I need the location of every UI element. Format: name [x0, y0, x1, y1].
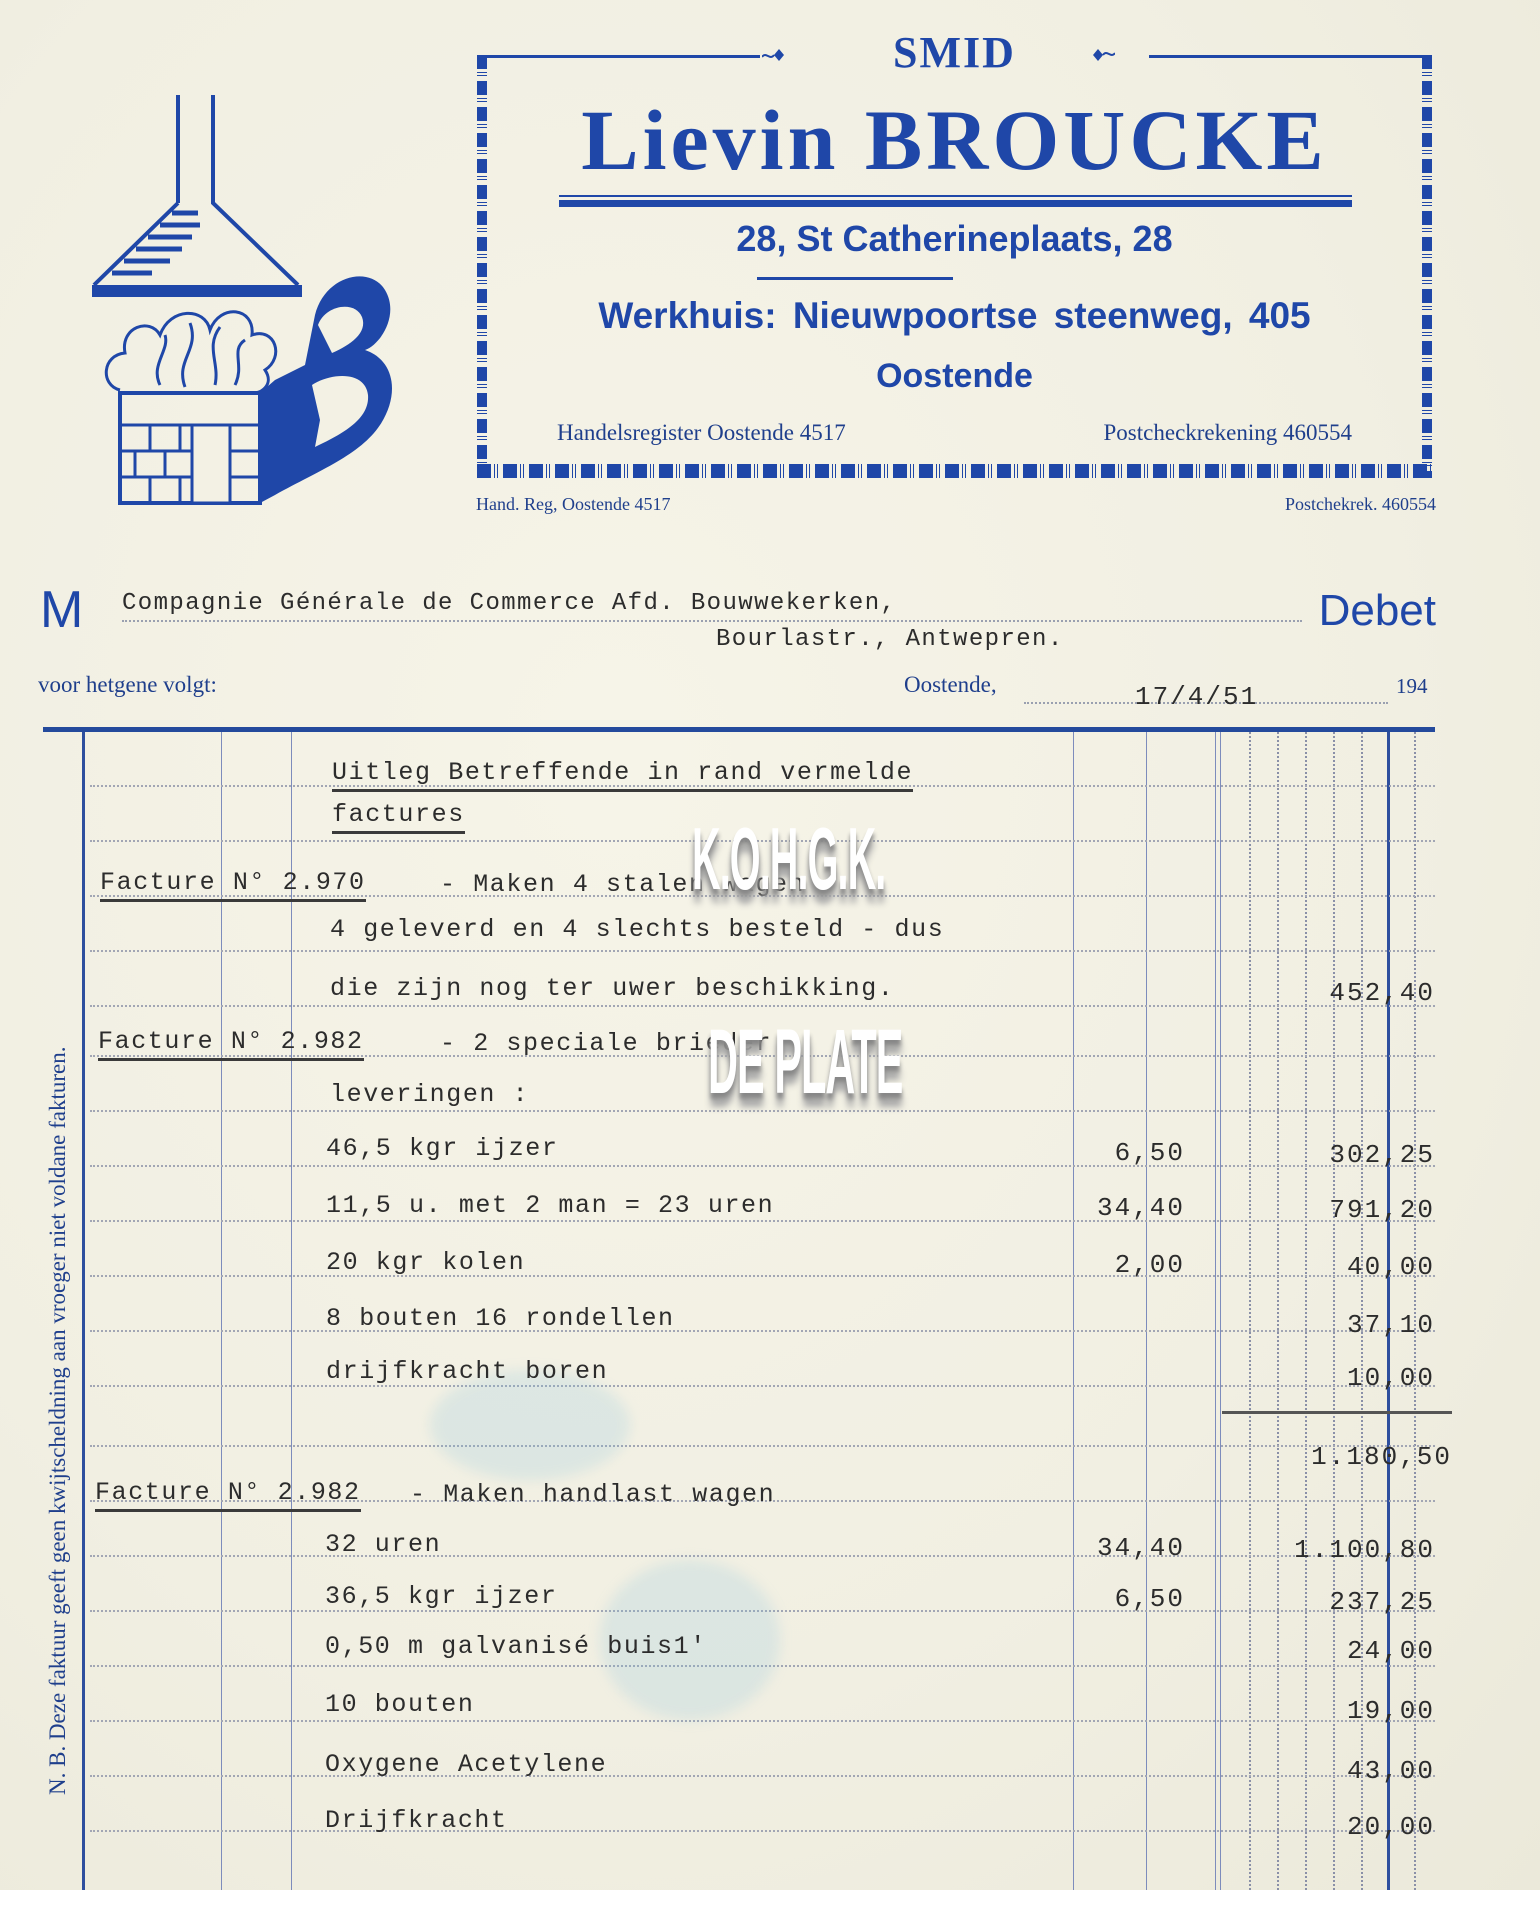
line-item-amount: 10,00 — [1347, 1363, 1435, 1393]
letterhead-border-bottom — [477, 464, 1432, 478]
ledger-row-line — [90, 1275, 1435, 1277]
line-item-amount: 302,25 — [1329, 1140, 1435, 1170]
ledger-column-line — [221, 732, 222, 1890]
trade-register-short: Hand. Reg, Oostende 4517 — [476, 494, 670, 515]
scan-margin — [0, 1890, 1540, 1920]
line-item-unit: 6,50 — [1115, 1138, 1185, 1168]
line-item-desc: 8 bouten 16 rondellen — [326, 1304, 675, 1333]
ledger-column-line — [1073, 732, 1074, 1890]
ink-stain — [430, 1370, 630, 1480]
city: Oostende — [477, 357, 1432, 396]
line-text: leveringen : — [330, 1080, 529, 1109]
watermark-kohgk: K.O.H.G.K. — [692, 808, 885, 910]
trade-register: Handelsregister Oostende 4517 — [557, 420, 846, 446]
line-item-desc: 36,5 kgr ijzer — [325, 1582, 557, 1611]
ledger-row-line — [90, 1720, 1435, 1722]
ledger-margin-line — [82, 732, 85, 1890]
addressee-line-2: Bourlastr., Antwepren. — [716, 626, 1064, 653]
year-prefix: 194 — [1396, 674, 1428, 699]
line-item-desc: 0,50 m galvanisé buis1' — [325, 1632, 707, 1661]
ledger-column-line — [1146, 732, 1147, 1890]
line-item-desc: Oxygene Acetylene — [325, 1750, 607, 1779]
line-item-amount: 43,00 — [1347, 1756, 1435, 1786]
document-type: Debet — [1319, 586, 1436, 636]
line-item-unit: 34,40 — [1097, 1193, 1185, 1223]
ledger-row-line — [90, 1445, 1435, 1447]
postcheck-short: Postchekrek. 460554 — [1285, 494, 1436, 515]
ledger-row-line — [90, 1165, 1435, 1167]
subtotal-amount: 1.180,50 — [1311, 1442, 1452, 1472]
addressee-line-1: Compagnie Générale de Commerce Afd. Bouw… — [122, 590, 896, 617]
line-item-desc: 11,5 u. met 2 man = 23 uren — [326, 1191, 774, 1220]
line-item-amount: 19,00 — [1347, 1696, 1435, 1726]
invoice-date: 17/4/51 — [1135, 682, 1258, 712]
trade-title: SMID — [477, 27, 1432, 78]
divider — [559, 200, 1352, 207]
line-text: 4 geleverd en 4 slechts besteld - dus — [330, 915, 944, 944]
invoice-label: Facture N° 2.970 — [100, 868, 366, 902]
workshop-address: Werkhuis: Nieuwpoortse steenweg, 405 — [477, 295, 1432, 337]
line-text: die zijn nog ter uwer beschikking. — [330, 974, 894, 1003]
ledger-row-line — [90, 1830, 1435, 1832]
invoice-label: Facture N° 2.982 — [98, 1027, 364, 1061]
ledger-column-line — [291, 732, 292, 1890]
line-item-amount: 24,00 — [1347, 1636, 1435, 1666]
line-item-amount: 37,10 — [1347, 1310, 1435, 1340]
line-item-unit: 2,00 — [1115, 1250, 1185, 1280]
line-item-unit: 34,40 — [1097, 1533, 1185, 1563]
line-item-desc: 10 bouten — [325, 1690, 474, 1719]
addressee-dotted-line — [122, 620, 1302, 622]
heading-line-2: factures — [332, 800, 465, 834]
ledger-top-rule — [43, 727, 1435, 732]
place-label: Oostende, — [904, 672, 997, 698]
line-item-amount: 40,00 — [1347, 1252, 1435, 1282]
ledger-column-line — [1215, 732, 1216, 1890]
ledger-row-line — [90, 1005, 1435, 1007]
ledger-row-line — [90, 1330, 1435, 1332]
ledger-row-line — [90, 950, 1435, 952]
line-item-amount: 237,25 — [1329, 1587, 1435, 1617]
ledger-row-line — [90, 1385, 1435, 1387]
forge-hood-fire-B-icon — [80, 95, 410, 510]
line-item-amount: 20,00 — [1347, 1812, 1435, 1842]
invoice-description: - Maken handlast wagen — [410, 1480, 775, 1509]
legal-side-note: N. B. Deze faktuur geeft geen kwijtschel… — [45, 1047, 71, 1796]
line-amount: 452,40 — [1329, 978, 1435, 1008]
line-item-desc: 46,5 kgr ijzer — [326, 1134, 558, 1163]
ledger-dotted-column — [1277, 732, 1279, 1890]
divider — [559, 195, 1352, 197]
company-name: Lievin BROUCKE — [477, 97, 1432, 183]
divider — [757, 277, 953, 280]
ledger-dotted-column — [1249, 732, 1251, 1890]
street-address: 28, St Catherineplaats, 28 — [477, 218, 1432, 260]
line-item-desc: 32 uren — [325, 1530, 441, 1559]
line-item-amount: 791,20 — [1329, 1195, 1435, 1225]
ledger-row-line — [90, 1775, 1435, 1777]
ledger-row-line — [90, 1555, 1435, 1557]
intro-label: voor hetgene volgt: — [38, 672, 217, 698]
line-item-desc: Drijfkracht — [325, 1806, 508, 1835]
line-item-desc: drijfkracht boren — [326, 1357, 608, 1386]
letterhead-box: SMID Lievin BROUCKE 28, St Catherineplaa… — [477, 55, 1432, 478]
invoice-label: Facture N° 2.982 — [95, 1478, 361, 1512]
ledger-column-line — [1220, 732, 1221, 1890]
watermark-de-plate: DE PLATE — [708, 1010, 902, 1115]
ledger-dotted-column — [1305, 732, 1307, 1890]
line-item-amount: 1.100,80 — [1294, 1535, 1435, 1565]
subtotal-rule — [1222, 1411, 1452, 1414]
line-item-desc: 20 kgr kolen — [326, 1248, 525, 1277]
ledger-row-line — [90, 1220, 1435, 1222]
addressee-prefix: M — [40, 580, 83, 640]
heading-line-1: Uitleg Betreffende in rand vermelde — [332, 758, 913, 792]
ledger-dotted-column — [1333, 732, 1335, 1890]
line-item-unit: 6,50 — [1115, 1584, 1185, 1614]
postcheck-account: Postcheckrekening 460554 — [1104, 420, 1352, 446]
